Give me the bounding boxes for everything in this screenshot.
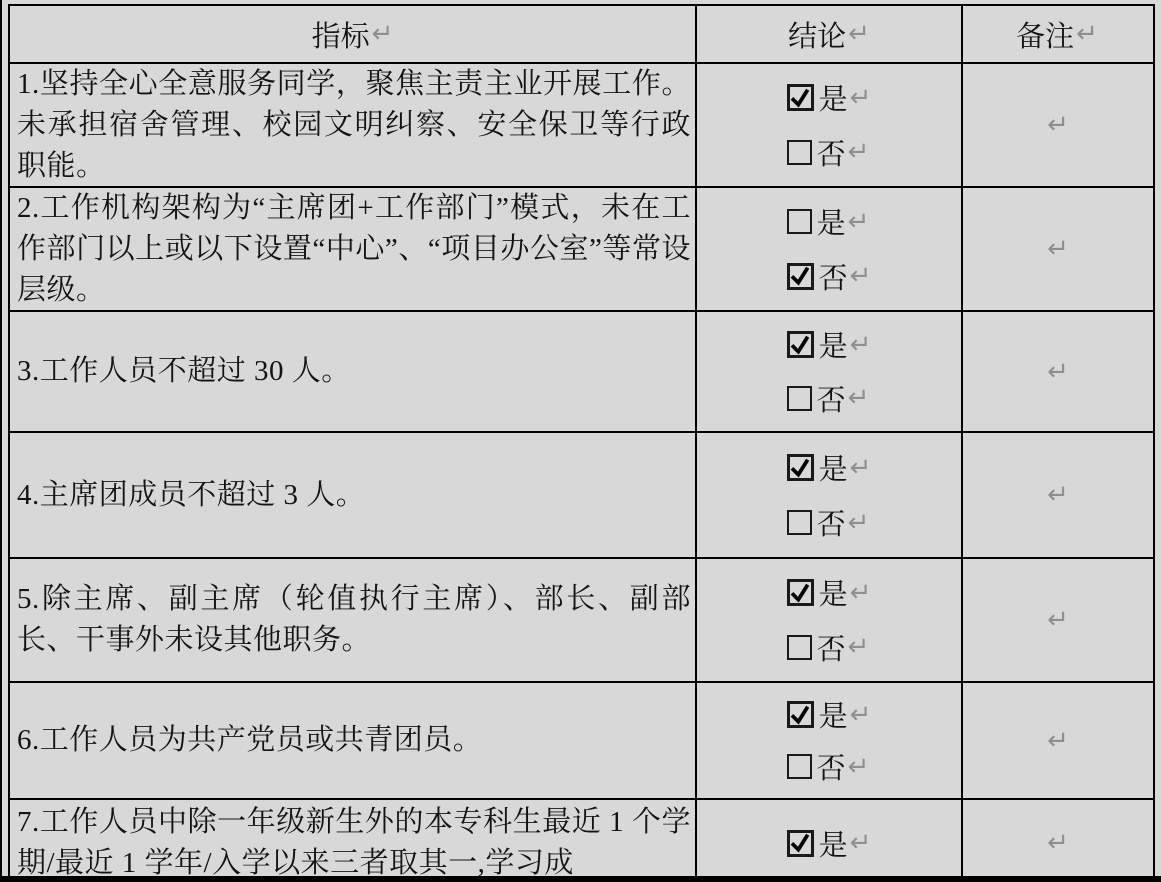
option-no-line: 否 ↵ [787, 132, 870, 173]
table-row: 6.工作人员为共产党员或共青团员。 是 ↵ 否 ↵ [10, 681, 1153, 798]
remark-cell: ↵ [961, 64, 1151, 186]
option-block: 是 ↵ 否 ↵ [787, 312, 872, 431]
header-indicator: 指标↵ [10, 6, 695, 62]
option-yes-label: 是 [819, 324, 848, 365]
option-yes-line: 是 ↵ [787, 324, 872, 365]
check-icon [790, 88, 810, 108]
header-conclusion-label: 结论 [788, 14, 846, 55]
indicator-cell: 1.坚持全心全意服务同学，聚焦主责主业开展工作。未承担宿舍管理、校园文明纠察、安… [10, 64, 695, 186]
check-icon [790, 583, 810, 603]
option-yes-label: 是 [819, 77, 848, 118]
option-yes-label: 是 [819, 447, 848, 488]
screenshot-bottom-edge [0, 876, 1161, 882]
indicator-cell: 6.工作人员为共产党员或共青团员。 [10, 683, 695, 798]
checkbox-no[interactable] [787, 263, 814, 290]
checkbox-yes[interactable] [787, 84, 814, 111]
return-mark: ↵ [848, 385, 870, 411]
screenshot-left-edge [0, 0, 2, 882]
indicator-cell: 3.工作人员不超过 30 人。 [10, 312, 695, 431]
conclusion-cell: 是 ↵ 否 ↵ [695, 64, 961, 186]
option-yes-line: 是 ↵ [787, 201, 870, 242]
return-mark: ↵ [1047, 830, 1069, 856]
return-mark: ↵ [1047, 728, 1069, 754]
indicator-text: 4.主席团成员不超过 3 人。 [17, 475, 691, 516]
header-remark: 备注↵ [961, 6, 1151, 62]
option-no-line: 否 ↵ [787, 378, 870, 419]
option-no-label: 否 [817, 502, 846, 543]
option-block: 是 ↵ 否 ↵ [787, 433, 872, 557]
header-indicator-label: 指标 [312, 14, 370, 55]
remark-cell: ↵ [961, 683, 1151, 798]
option-yes-label: 是 [817, 201, 846, 242]
indicator-cell: 7.工作人员中除一年级新生外的本专科生最近 1 个学期/最近 1 学年/入学以来… [10, 800, 695, 882]
check-icon [790, 833, 810, 853]
return-mark: ↵ [1047, 359, 1069, 385]
indicator-text: 3.工作人员不超过 30 人。 [17, 351, 691, 392]
return-mark: ↵ [850, 455, 872, 481]
checkbox-no[interactable] [787, 140, 812, 165]
remark-cell: ↵ [961, 433, 1151, 557]
table-row: 7.工作人员中除一年级新生外的本专科生最近 1 个学期/最近 1 学年/入学以来… [10, 798, 1153, 882]
option-block: 是 ↵ 否 ↵ [787, 64, 872, 186]
return-mark: ↵ [848, 209, 870, 235]
return-mark: ↵ [850, 830, 872, 856]
checkbox-yes[interactable] [787, 331, 814, 358]
return-mark: ↵ [848, 139, 870, 165]
check-icon [790, 335, 810, 355]
table-header-row: 指标↵ 结论↵ 备注↵ [10, 6, 1153, 62]
checkbox-no[interactable] [787, 510, 812, 535]
option-no-line: 否 ↵ [787, 746, 870, 787]
indicator-text: 5.除主席、副主席（轮值执行主席）、部长、副部长、干事外未设其他职务。 [17, 579, 691, 661]
header-remark-label: 备注 [1016, 14, 1074, 55]
table-row: 2.工作机构架构为“主席团+工作部门”模式，未在工作部门以上或以下设置“中心”、… [10, 186, 1153, 310]
option-no-label: 否 [817, 378, 846, 419]
option-yes-line: 是 ↵ [787, 77, 872, 118]
check-icon [790, 705, 810, 725]
option-no-label: 否 [817, 132, 846, 173]
remark-cell: ↵ [961, 188, 1151, 310]
return-mark: ↵ [1047, 236, 1069, 262]
option-no-line: 否 ↵ [787, 502, 870, 543]
conclusion-cell: 是 ↵ 否 ↵ [695, 312, 961, 431]
indicator-text: 6.工作人员为共产党员或共青团员。 [17, 720, 691, 761]
checkbox-yes[interactable] [787, 579, 814, 606]
option-block: 是 ↵ 否 ↵ [787, 683, 872, 798]
return-mark: ↵ [850, 85, 872, 111]
return-mark: ↵ [848, 21, 870, 47]
table-row: 5.除主席、副主席（轮值执行主席）、部长、副部长、干事外未设其他职务。 是 ↵ … [10, 557, 1153, 681]
conclusion-cell: 是 ↵ [695, 800, 961, 882]
remark-cell: ↵ [961, 800, 1151, 882]
checkbox-yes[interactable] [787, 454, 814, 481]
conclusion-cell: 是 ↵ 否 ↵ [695, 683, 961, 798]
return-mark: ↵ [850, 332, 872, 358]
return-mark: ↵ [1047, 607, 1069, 633]
option-yes-label: 是 [819, 694, 848, 735]
option-no-label: 否 [817, 627, 846, 668]
indicator-text: 1.坚持全心全意服务同学，聚焦主责主业开展工作。未承担宿舍管理、校园文明纠察、安… [17, 64, 691, 186]
option-yes-label: 是 [819, 823, 848, 864]
option-block: 是 ↵ 否 ↵ [787, 188, 872, 310]
remark-cell: ↵ [961, 559, 1151, 681]
return-mark: ↵ [848, 510, 870, 536]
check-icon [790, 266, 810, 286]
return-mark: ↵ [1076, 21, 1098, 47]
table-row: 4.主席团成员不超过 3 人。 是 ↵ 否 ↵ [10, 431, 1153, 557]
option-yes-line: 是 ↵ [787, 447, 872, 488]
indicator-cell: 2.工作机构架构为“主席团+工作部门”模式，未在工作部门以上或以下设置“中心”、… [10, 188, 695, 310]
option-no-line: 否 ↵ [787, 627, 870, 668]
conclusion-cell: 是 ↵ 否 ↵ [695, 559, 961, 681]
remark-cell: ↵ [961, 312, 1151, 431]
option-no-label: 否 [817, 746, 846, 787]
option-no-label: 否 [819, 256, 848, 297]
return-mark: ↵ [372, 21, 394, 47]
header-conclusion: 结论↵ [695, 6, 961, 62]
option-yes-line: 是 ↵ [787, 823, 872, 864]
indicator-cell: 4.主席团成员不超过 3 人。 [10, 433, 695, 557]
return-mark: ↵ [1047, 482, 1069, 508]
option-block: 是 ↵ 否 ↵ [787, 559, 872, 681]
option-yes-line: 是 ↵ [787, 572, 872, 613]
checkbox-no[interactable] [787, 635, 812, 660]
indicator-cell: 5.除主席、副主席（轮值执行主席）、部长、副部长、干事外未设其他职务。 [10, 559, 695, 681]
return-mark: ↵ [1047, 112, 1069, 138]
return-mark: ↵ [850, 702, 872, 728]
table-row: 1.坚持全心全意服务同学，聚焦主责主业开展工作。未承担宿舍管理、校园文明纠察、安… [10, 62, 1153, 186]
option-block: 是 ↵ [787, 800, 872, 882]
indicator-text: 2.工作机构架构为“主席团+工作部门”模式，未在工作部门以上或以下设置“中心”、… [17, 188, 691, 310]
document-page: 指标↵ 结论↵ 备注↵ 1.坚持全心全意服务同学，聚焦主责主业开展工作。未承担宿… [0, 0, 1161, 882]
checkbox-yes[interactable] [787, 209, 812, 234]
checkbox-yes[interactable] [787, 701, 814, 728]
check-icon [790, 458, 810, 478]
return-mark: ↵ [848, 754, 870, 780]
evaluation-table: 指标↵ 结论↵ 备注↵ 1.坚持全心全意服务同学，聚焦主责主业开展工作。未承担宿… [8, 4, 1155, 882]
table-row: 3.工作人员不超过 30 人。 是 ↵ 否 ↵ [10, 310, 1153, 431]
conclusion-cell: 是 ↵ 否 ↵ [695, 433, 961, 557]
conclusion-cell: 是 ↵ 否 ↵ [695, 188, 961, 310]
return-mark: ↵ [850, 580, 872, 606]
option-yes-label: 是 [819, 572, 848, 613]
checkbox-no[interactable] [787, 386, 812, 411]
option-yes-line: 是 ↵ [787, 694, 872, 735]
return-mark: ↵ [848, 634, 870, 660]
indicator-text: 7.工作人员中除一年级新生外的本专科生最近 1 个学期/最近 1 学年/入学以来… [17, 802, 691, 882]
option-no-line: 否 ↵ [787, 256, 872, 297]
return-mark: ↵ [850, 263, 872, 289]
checkbox-yes[interactable] [787, 830, 814, 857]
checkbox-no[interactable] [787, 754, 812, 779]
